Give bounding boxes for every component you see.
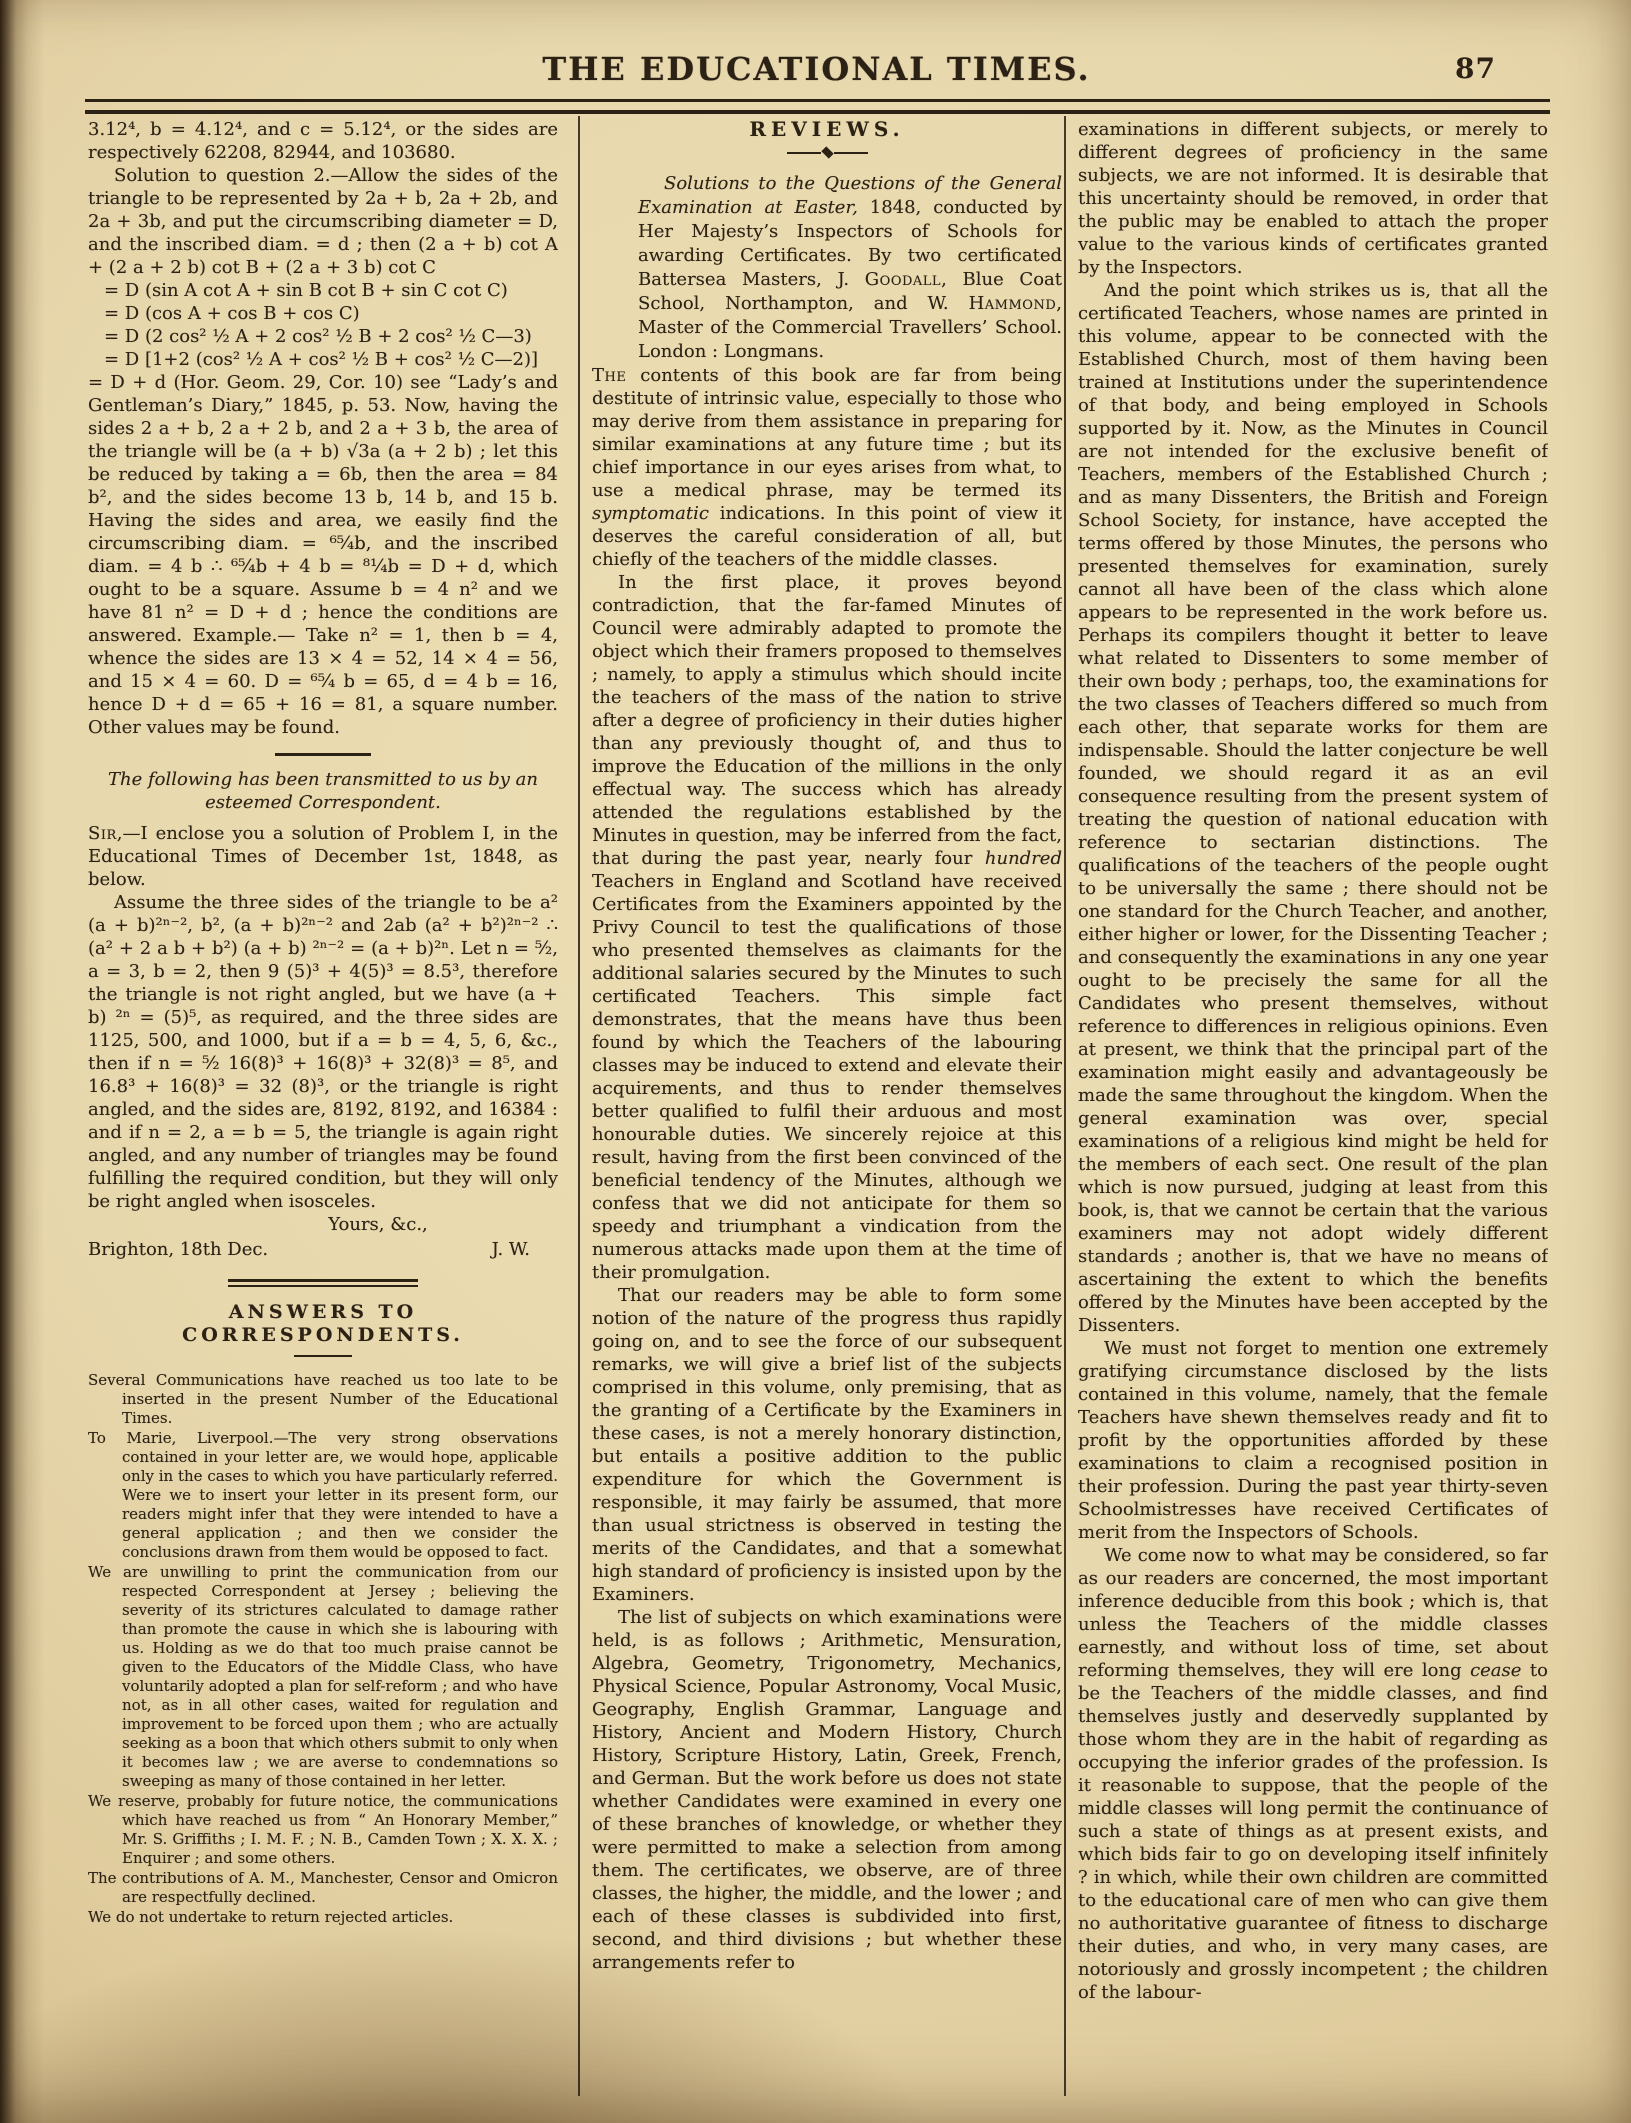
review-paragraph: examinations in different subjects, or m… bbox=[1078, 118, 1548, 279]
equation-line: = D (2 cos² ½ A + 2 cos² ½ B + 2 cos² ½ … bbox=[88, 325, 558, 348]
page-header: THE EDUCATIONAL TIMES. 87 bbox=[85, 50, 1548, 88]
middle-column: REVIEWS. Solutions to the Questions of t… bbox=[592, 118, 1062, 2113]
answers-list: Several Communications have reached us t… bbox=[88, 1371, 558, 1927]
section-divider-double-rule bbox=[228, 1279, 418, 1287]
column-divider bbox=[578, 116, 580, 2096]
review-paragraph: We come now to what may be considered, s… bbox=[1078, 1544, 1548, 2004]
review-paragraph: We must not forget to mention one extrem… bbox=[1078, 1337, 1548, 1544]
answer-item: To Marie, Liverpool.—The very strong obs… bbox=[88, 1429, 558, 1562]
letter-paragraph: Assume the three sides of the triangle t… bbox=[88, 891, 558, 1213]
book-binding-shadow bbox=[0, 0, 44, 2123]
equation-line: = D [1+2 (cos² ½ A + cos² ½ B + cos² ½ C… bbox=[88, 348, 558, 371]
review-paragraph: That our readers may be able to form som… bbox=[592, 1284, 1062, 1606]
letter-closing: Yours, &c., bbox=[88, 1213, 558, 1236]
answer-item: We reserve, probably for future notice, … bbox=[88, 1792, 558, 1868]
correspondent-heading: The following has been transmitted to us… bbox=[94, 768, 552, 814]
diamond-rule-ornament bbox=[592, 149, 1062, 156]
equation-line: = D (sin A cot A + sin B cot B + sin C c… bbox=[88, 279, 558, 302]
page-number: 87 bbox=[1455, 52, 1496, 85]
letter-signature-line: Brighton, 18th Dec. J. W. bbox=[88, 1238, 558, 1261]
math-paragraph: Solution to question 2.—Allow the sides … bbox=[88, 164, 558, 279]
letter-signature: J. W. bbox=[492, 1238, 530, 1261]
answer-item: The contributions of A. M., Manchester, … bbox=[88, 1869, 558, 1907]
letter-place-date: Brighton, 18th Dec. bbox=[88, 1238, 268, 1261]
right-column: examinations in different subjects, or m… bbox=[1078, 118, 1548, 2113]
page-title: THE EDUCATIONAL TIMES. bbox=[85, 50, 1548, 88]
answer-item: Several Communications have reached us t… bbox=[88, 1371, 558, 1428]
review-paragraph: In the first place, it proves beyond con… bbox=[592, 571, 1062, 1284]
review-paragraph: The list of subjects on which examinatio… bbox=[592, 1606, 1062, 1974]
answer-item: We are unwilling to print the communicat… bbox=[88, 1563, 558, 1791]
left-column: 3.12⁴, b = 4.12⁴, and c = 5.12⁴, or the … bbox=[88, 118, 558, 2113]
review-title: Solutions to the Questions of the Genera… bbox=[592, 172, 1062, 364]
review-paragraph: The contents of this book are far from b… bbox=[592, 364, 1062, 571]
header-rule bbox=[85, 99, 1550, 114]
answers-section-heading: ANSWERS TO CORRESPONDENTS. bbox=[88, 1301, 558, 1347]
column-divider bbox=[1064, 116, 1066, 2096]
answer-item: We do not undertake to return rejected a… bbox=[88, 1908, 558, 1927]
letter-salutation: Sir bbox=[88, 823, 117, 844]
newspaper-page: THE EDUCATIONAL TIMES. 87 3.12⁴, b = 4.1… bbox=[0, 0, 1631, 2123]
math-paragraph: = D + d (Hor. Geom. 29, Cor. 10) see “La… bbox=[88, 371, 558, 739]
reviews-section-heading: REVIEWS. bbox=[592, 118, 1062, 141]
heading-underline-rule bbox=[294, 1355, 352, 1357]
letter-paragraph: Sir,—I enclose you a solution of Problem… bbox=[88, 822, 558, 891]
review-paragraph: And the point which strikes us is, that … bbox=[1078, 279, 1548, 1337]
equation-line: = D (cos A + cos B + cos C) bbox=[88, 302, 558, 325]
section-divider-rule bbox=[275, 753, 371, 756]
math-paragraph: 3.12⁴, b = 4.12⁴, and c = 5.12⁴, or the … bbox=[88, 118, 558, 164]
